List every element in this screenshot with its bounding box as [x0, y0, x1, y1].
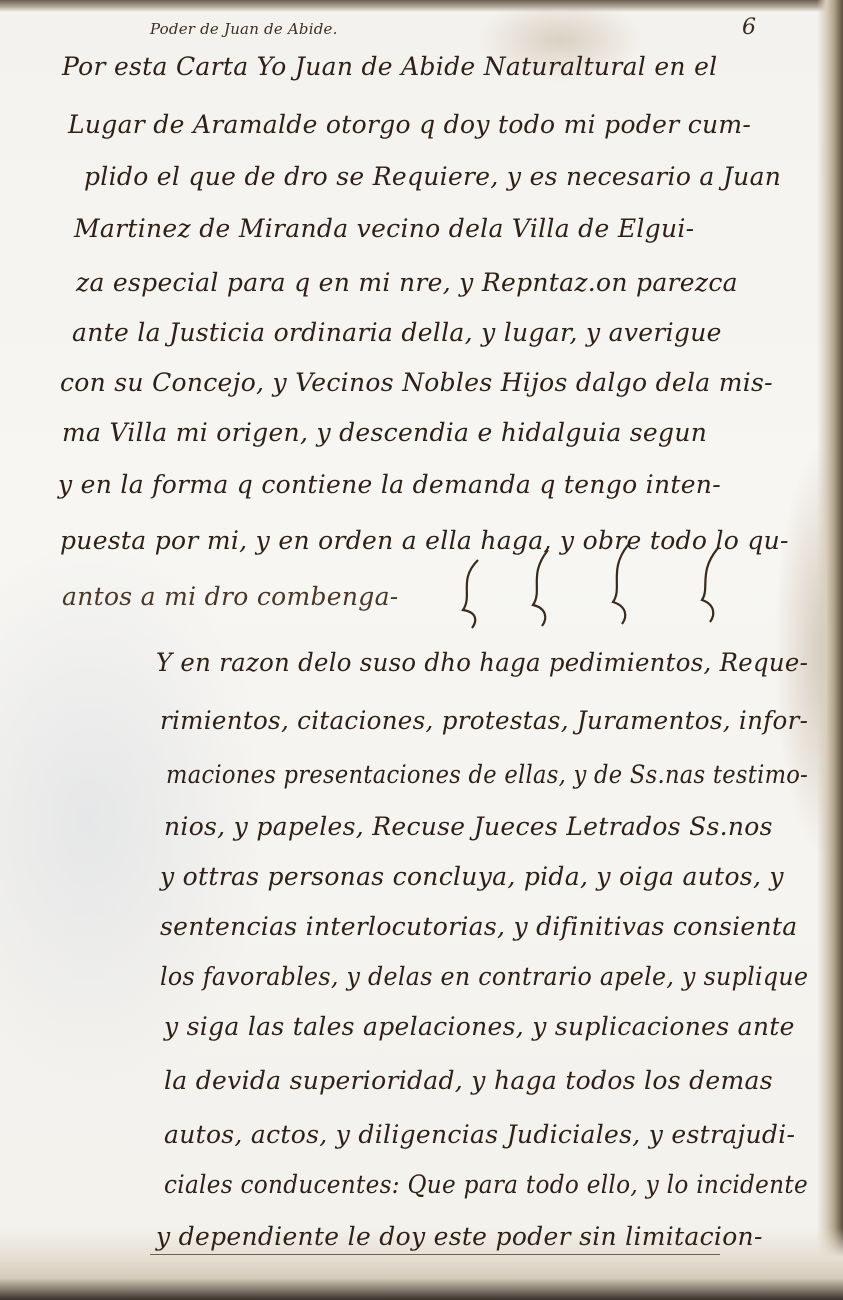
manuscript-line-9: y en la forma q contiene la demanda q te…	[58, 470, 721, 499]
page-right-edge	[817, 0, 843, 1300]
closing-rule-line	[150, 1254, 720, 1255]
manuscript-line-11: antos a mi dro combenga-	[62, 582, 399, 611]
manuscript-line-7: con su Concejo, y Vecinos Nobles Hijos d…	[60, 368, 773, 397]
manuscript-line-6: ante la Justicia ordinaria della, y luga…	[72, 318, 722, 347]
manuscript-line-3: plido el que de dro se Requiere, y es ne…	[84, 162, 781, 191]
manuscript-line-18: los favorables, y delas en contrario ape…	[160, 962, 808, 991]
line-text: los favorables, y delas en contrario ape…	[160, 962, 808, 991]
manuscript-line-16: y ottras personas concluya, pida, y oiga…	[160, 862, 784, 891]
line-text: Martinez de Miranda vecino dela Villa de…	[74, 214, 694, 243]
manuscript-line-5: za especial para q en mi nre, y Repntaz.…	[76, 268, 738, 297]
ink-flourish	[448, 540, 778, 630]
folio-number: 6	[742, 15, 756, 40]
manuscript-line-2: Lugar de Aramalde otorgo q doy todo mi p…	[68, 110, 751, 139]
manuscript-line-19: y siga las tales apelaciones, y suplicac…	[164, 1012, 795, 1041]
line-text: sentencias interlocutorias, y difinitiva…	[160, 912, 797, 941]
line-text: ciales conducentes: Que para todo ello, …	[164, 1170, 808, 1199]
manuscript-line-14: maciones presentaciones de ellas, y de S…	[166, 760, 808, 789]
line-text: autos, actos, y diligencias Judiciales, …	[164, 1120, 795, 1149]
manuscript-line-21: autos, actos, y diligencias Judiciales, …	[164, 1120, 795, 1149]
manuscript-line-17: sentencias interlocutorias, y difinitiva…	[160, 912, 797, 941]
manuscript-line-15: nios, y papeles, Recuse Jueces Letrados …	[164, 812, 773, 841]
line-text: y en la forma q contiene la demanda q te…	[58, 470, 721, 499]
line-text: maciones presentaciones de ellas, y de S…	[166, 760, 808, 789]
line-text: Y en razon delo suso dho haga pedimiento…	[156, 648, 808, 677]
page-top-edge	[0, 0, 843, 12]
line-text: y dependiente le doy este poder sin limi…	[156, 1222, 763, 1251]
line-text: y ottras personas concluya, pida, y oiga…	[160, 862, 784, 891]
line-text: la devida superioridad, y haga todos los…	[164, 1066, 773, 1095]
manuscript-line-8: ma Villa mi origen, y descendia e hidalg…	[62, 418, 707, 447]
line-text: con su Concejo, y Vecinos Nobles Hijos d…	[60, 368, 773, 397]
manuscript-line-20: la devida superioridad, y haga todos los…	[164, 1066, 773, 1095]
manuscript-line-12: Y en razon delo suso dho haga pedimiento…	[156, 648, 808, 677]
manuscript-line-23: y dependiente le doy este poder sin limi…	[156, 1222, 763, 1251]
line-text: ante la Justicia ordinaria della, y luga…	[72, 318, 722, 347]
line-text: rimientos, citaciones, protestas, Jurame…	[160, 706, 808, 735]
manuscript-line-13: rimientos, citaciones, protestas, Jurame…	[160, 706, 808, 735]
manuscript-page: ​ Poder de Juan de Abide. 6 Por esta Car…	[0, 0, 843, 1300]
line-text: nios, y papeles, Recuse Jueces Letrados …	[164, 812, 773, 841]
line-text: ma Villa mi origen, y descendia e hidalg…	[62, 418, 707, 447]
header-annotation: Poder de Juan de Abide.	[150, 20, 338, 38]
line-text: za especial para q en mi nre, y Repntaz.…	[76, 268, 738, 297]
line-text: plido el que de dro se Requiere, y es ne…	[84, 162, 781, 191]
line-text: Por esta Carta Yo Juan de Abide Naturalt…	[62, 52, 717, 81]
line-text: antos a mi dro combenga-	[62, 582, 399, 611]
line-text: Lugar de Aramalde otorgo q doy todo mi p…	[68, 110, 751, 139]
manuscript-line-22: ciales conducentes: Que para todo ello, …	[164, 1170, 808, 1199]
manuscript-line-1: Por esta Carta Yo Juan de Abide Naturalt…	[62, 52, 717, 81]
line-text: y siga las tales apelaciones, y suplicac…	[164, 1012, 795, 1041]
manuscript-line-4: Martinez de Miranda vecino dela Villa de…	[74, 214, 694, 243]
